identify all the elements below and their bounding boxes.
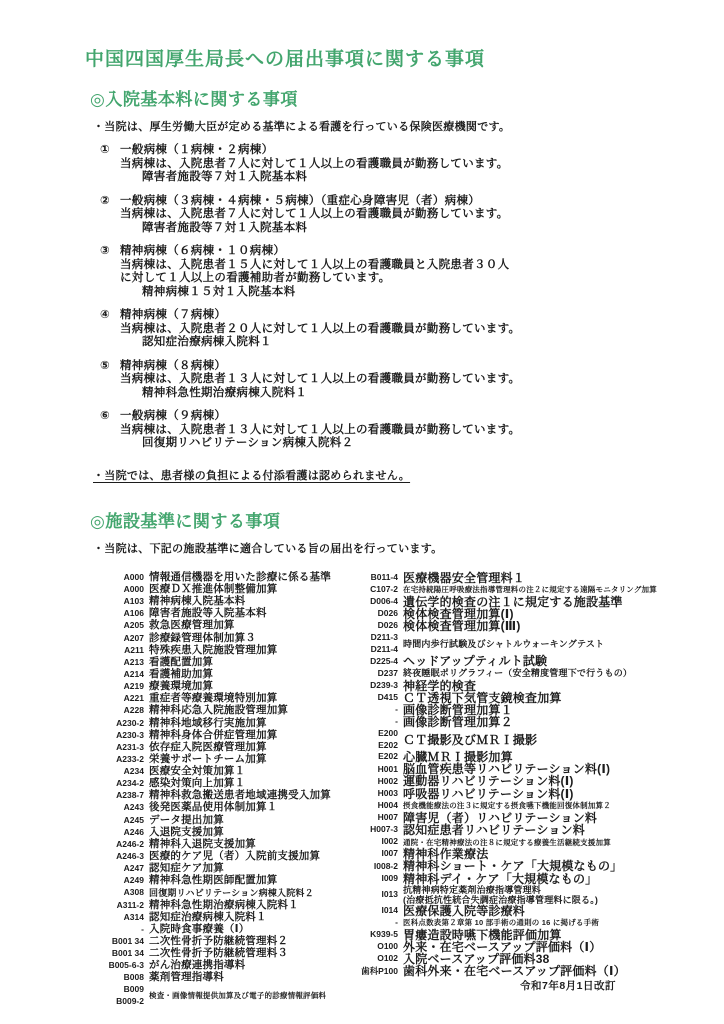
facility-label-line: 精神病棟入院基本料 xyxy=(149,596,245,608)
facility-code-line: A249 xyxy=(100,875,144,887)
ward-title-row: ③精神病棟（６病棟・１０病棟） xyxy=(100,245,686,259)
facility-label-line: 呼吸器リハビリテーション料(Ⅰ) xyxy=(403,788,574,800)
facility-label-line: 重症者等療養環境特別加算 xyxy=(149,693,277,705)
ward-title: 精神病棟（８病棟） xyxy=(120,360,226,374)
facility-label-line: 看護補助加算 xyxy=(149,669,213,681)
facility-row: H003呼吸器リハビリテーション料(Ⅰ) xyxy=(352,787,686,799)
facility-label: 在宅持続陽圧呼吸療法指導管理料の注２に規定する遠隔モニタリング加算 xyxy=(403,585,657,594)
facility-list-left-column: A000情報通信機器を用いた診療に係る基準A000医療ＤＸ推進体制整備加算A10… xyxy=(100,572,352,1008)
facility-label-line: 入院時食事療養（Ⅰ） xyxy=(149,924,249,936)
facility-label-line: 精神科ショート・ケア「大規模なもの」 xyxy=(403,860,622,872)
facility-code: A000 xyxy=(100,572,144,584)
facility-label: 精神病棟入院基本料 xyxy=(149,596,245,608)
facility-label: 画像診断管理加算２ xyxy=(403,716,513,728)
facility-code: H007-3 xyxy=(352,824,398,836)
ward-description-line: に対して１人以上の看護補助者が勤務しています。 xyxy=(120,272,686,286)
facility-row: A205救急医療管理加算 xyxy=(100,620,352,632)
facility-label: 栄養サポートチーム加算 xyxy=(149,754,267,766)
facility-code: D415 xyxy=(352,692,398,704)
inpatient-item: ⑥一般病棟（９病棟）当病棟は、入院患者１３人に対して１人以上の看護職員が勤務して… xyxy=(100,410,686,451)
facility-row: A000医療ＤＸ推進体制整備加算 xyxy=(100,584,352,596)
facility-label-line: 精神科地域移行実施加算 xyxy=(149,718,267,730)
facility-label-line: 認知症患者リハビリテーション料 xyxy=(403,824,585,836)
facility-label: 二次性骨折予防継続管理料２ xyxy=(149,936,288,948)
facility-label-line: 医療機器安全管理料１ xyxy=(403,572,525,584)
facility-code: A238-7 xyxy=(100,790,144,802)
facility-row: I013抗精神病特定薬剤治療指導管理料(治療抵抗性統合失調症治療指導管理料に限る… xyxy=(352,885,686,905)
page-title: 中国四国厚生局長への届出事項に関する事項 xyxy=(85,44,686,71)
facility-code-line: D211-3 xyxy=(352,632,398,644)
facility-label-line: 障害者施設等入院基本料 xyxy=(149,608,267,620)
facility-label-line: 医療保護入院等診療料 xyxy=(403,905,525,917)
facility-code-line: H002 xyxy=(352,776,398,788)
facility-code: I009 xyxy=(352,873,398,885)
facility-row: A245データ提出加算 xyxy=(100,814,352,826)
facility-code: A308 xyxy=(100,887,144,899)
facility-row: D237終夜睡眠ポリグラフィー（安全精度管理下で行うもの） xyxy=(352,667,686,679)
facility-label-line: 特殊疾患入院施設管理加算 xyxy=(149,645,277,657)
facility-label-line: 精神科応急入院施設管理加算 xyxy=(149,705,288,717)
facility-code: A103 xyxy=(100,596,144,608)
facility-label-line: 二次性骨折予防継続管理料３ xyxy=(149,948,288,960)
inpatient-items-list: ①一般病棟（１病棟・２病棟）当病棟は、入院患者７人に対して１人以上の看護職員が勤… xyxy=(100,144,686,451)
facility-label: 抗精神病特定薬剤治療指導管理料(治療抵抗性統合失調症治療指導管理料に限る。) xyxy=(403,885,598,905)
facility-code-line: B009-2 xyxy=(100,996,144,1008)
facility-code-line: - xyxy=(352,716,398,728)
facility-label-line: データ提出加算 xyxy=(149,815,224,827)
facility-code-line: A213 xyxy=(100,657,144,669)
facility-label: 重症者等療養環境特別加算 xyxy=(149,693,277,705)
facility-label: 入退院支援加算 xyxy=(149,827,224,839)
document-page: 中国四国厚生局長への届出事項に関する事項 ◎入院基本料に関する事項 ・当院は、厚… xyxy=(0,0,724,1024)
facility-label: 医療保護入院等診療料 xyxy=(403,905,525,917)
facility-code-line: O102 xyxy=(352,953,398,965)
facility-code-line: D211-4 xyxy=(352,644,398,656)
facility-label: 看護補助加算 xyxy=(149,669,213,681)
facility-label: 認知症治療病棟入院料１ xyxy=(149,912,267,924)
facility-code-line: A211 xyxy=(100,645,144,657)
facility-code: I013 xyxy=(352,889,398,901)
facility-section-heading: ◎施設基準に関する事項 xyxy=(90,507,686,532)
facility-code-line: 歯科P100 xyxy=(352,966,398,978)
facility-label-line: 運動器リハビリテーション料(Ⅰ) xyxy=(403,775,574,787)
facility-row: H004摂食機能療法の注３に規定する摂食嚥下機能回復体制加算２ xyxy=(352,800,686,812)
facility-code: A314 xyxy=(100,912,144,924)
facility-label: 精神科ショート・ケア「大規模なもの」 xyxy=(403,860,622,872)
facility-label: ＣＴ撮影及びＭＲＩ撮影 xyxy=(403,734,537,746)
facility-code-line: A233-2 xyxy=(100,754,144,766)
facility-label: データ提出加算 xyxy=(149,815,224,827)
ward-description-line: 当病棟は、入院患者１５人に対して１人以上の看護職員と入院患者３０人 xyxy=(120,259,686,273)
facility-code-line: A230-2 xyxy=(100,718,144,730)
facility-code-line: A246-2 xyxy=(100,839,144,851)
facility-code-line: A308 xyxy=(100,887,144,899)
facility-row: I014医療保護入院等診療料 xyxy=(352,905,686,917)
fee-name: 認知症治療病棟入院料１ xyxy=(142,336,686,350)
facility-code-line: D415 xyxy=(352,692,398,704)
facility-label: 精神科身体合併症管理加算 xyxy=(149,730,277,742)
facility-code-line: A314 xyxy=(100,912,144,924)
facility-label-line: 医療ＤＸ推進体制整備加算 xyxy=(149,584,277,596)
facility-label: 通院・在宅精神療法の注８に規定する療養生活継続支援加算 xyxy=(403,838,611,847)
facility-code: A233-2 xyxy=(100,754,144,766)
facility-code: B005-6-3 xyxy=(100,960,144,972)
facility-row: A308回復期リハビリテーション病棟入院料２ xyxy=(100,887,352,899)
facility-label-line: 精神科入退院支援加算 xyxy=(149,839,256,851)
inpatient-item: ⑤精神病棟（８病棟）当病棟は、入院患者１３人に対して１人以上の看護職員が勤務して… xyxy=(100,360,686,401)
item-number: ⑤ xyxy=(100,360,120,374)
facility-code-line: D006-4 xyxy=(352,596,398,608)
facility-code-line: A234-2 xyxy=(100,778,144,790)
facility-code: H007 xyxy=(352,812,398,824)
facility-code: A230-2 xyxy=(100,718,144,730)
facility-code: H003 xyxy=(352,788,398,800)
facility-code: D026 xyxy=(352,620,398,632)
facility-row: A249精神科急性期医師配置加算 xyxy=(100,875,352,887)
facility-label: 感染対策向上加算１ xyxy=(149,778,245,790)
ward-description-line: 当病棟は、入院患者１３人に対して１人以上の看護職員が勤務しています。 xyxy=(120,424,686,438)
facility-code-line: A230-3 xyxy=(100,730,144,742)
facility-row: -入院時食事療養（Ⅰ） xyxy=(100,924,352,936)
facility-label: 精神科地域移行実施加算 xyxy=(149,718,267,730)
facility-code: D225-4 xyxy=(352,656,398,668)
facility-section: ◎施設基準に関する事項 ・当院は、下記の施設基準に適合している旨の届出を行ってい… xyxy=(85,507,686,1008)
facility-label: ヘッドアップティルト試験 xyxy=(403,655,547,667)
facility-label: 認知症ケア加算 xyxy=(149,863,224,875)
facility-code-line: A246 xyxy=(100,827,144,839)
facility-label: 神経学的検査 xyxy=(403,680,476,692)
facility-code-line: C107-2 xyxy=(352,584,398,596)
facility-label-line: 画像診断管理加算２ xyxy=(403,716,513,728)
facility-label: 精神科急性期医師配置加算 xyxy=(149,875,277,887)
fee-name: 精神病棟１５対１入院基本料 xyxy=(142,286,686,300)
facility-code-line: A311-2 xyxy=(100,900,144,912)
facility-code: C107-2 xyxy=(352,584,398,596)
facility-code-line: I009 xyxy=(352,873,398,885)
facility-code: E202 xyxy=(352,751,398,763)
facility-code-line: B008 xyxy=(100,972,144,984)
facility-code-line: B011-4 xyxy=(352,572,398,584)
facility-code-line: A214 xyxy=(100,669,144,681)
facility-code: D006-4 xyxy=(352,596,398,608)
facility-code-line: D225-4 xyxy=(352,656,398,668)
facility-label-line: 精神科デイ・ケア「大規模なもの」 xyxy=(403,873,597,885)
inpatient-section: ◎入院基本料に関する事項 ・当院は、厚生労働大臣が定める基準による看護を行ってい… xyxy=(85,85,686,483)
facility-label: 医療的ケア児（者）入院前支援加算 xyxy=(149,851,320,863)
facility-code-line: H004 xyxy=(352,800,398,812)
facility-label-line: 入退院支援加算 xyxy=(149,827,224,839)
facility-code: A249 xyxy=(100,875,144,887)
facility-code: D237 xyxy=(352,668,398,680)
facility-code: A231-3 xyxy=(100,742,144,754)
facility-code-line: A205 xyxy=(100,620,144,632)
facility-code: O100 xyxy=(352,941,398,953)
facility-label-line: 医科点数表第２章第 10 部手術の通則の 16 に掲げる手術 xyxy=(403,918,599,927)
facility-label: 精神科急性期治療病棟入院料１ xyxy=(149,900,299,912)
inpatient-intro: ・当院は、厚生労働大臣が定める基準による看護を行っている保険医療機関です。 xyxy=(93,118,686,134)
facility-label-line: 薬剤管理指導料 xyxy=(149,972,224,984)
facility-row: A000情報通信機器を用いた診療に係る基準 xyxy=(100,572,352,584)
facility-code-line: I008-2 xyxy=(352,861,398,873)
facility-label: 精神科デイ・ケア「大規模なもの」 xyxy=(403,873,597,885)
facility-code-line: A228 xyxy=(100,705,144,717)
facility-code: A246-2 xyxy=(100,839,144,851)
facility-label-line: 摂食機能療法の注３に規定する摂食嚥下機能回復体制加算２ xyxy=(403,801,611,810)
facility-label-line: 感染対策向上加算１ xyxy=(149,778,245,790)
facility-label: 障害児（者）リハビリテーション料 xyxy=(403,812,597,824)
facility-label: 運動器リハビリテーション料(Ⅰ) xyxy=(403,775,574,787)
facility-label: 歯科外来・在宅ベースアップ評価料（Ⅰ） xyxy=(403,965,626,977)
facility-row: A228精神科応急入院施設管理加算 xyxy=(100,705,352,717)
item-number: ② xyxy=(100,195,120,209)
facility-row: E200E202ＣＴ撮影及びＭＲＩ撮影 xyxy=(352,728,686,751)
facility-label-line: 神経学的検査 xyxy=(403,680,476,692)
facility-label-line: 診療録管理体制加算３ xyxy=(149,633,256,645)
facility-row: A230-2精神科地域移行実施加算 xyxy=(100,717,352,729)
facility-code-line: D239-3 xyxy=(352,680,398,692)
facility-code: - xyxy=(352,716,398,728)
facility-label-line: 精神科身体合併症管理加算 xyxy=(149,730,277,742)
facility-code-line: A234 xyxy=(100,766,144,778)
facility-row: I008-2精神科ショート・ケア「大規模なもの」 xyxy=(352,860,686,872)
facility-row: D211-3D211-4時間内歩行試験及びシャトルウォーキングテスト xyxy=(352,632,686,655)
facility-code-line: A231-3 xyxy=(100,742,144,754)
facility-row: A246-3医療的ケア児（者）入院前支援加算 xyxy=(100,851,352,863)
facility-row: A314認知症治療病棟入院料１ xyxy=(100,911,352,923)
facility-code-line: D026 xyxy=(352,608,398,620)
facility-label-line: 検体検査管理加算(Ⅲ) xyxy=(403,620,521,632)
facility-code-line: A207 xyxy=(100,633,144,645)
facility-code: B008 xyxy=(100,972,144,984)
ward-title: 一般病棟（３病棟・４病棟・５病棟）（重症心身障害児（者）病棟） xyxy=(120,195,480,209)
inpatient-section-heading: ◎入院基本料に関する事項 xyxy=(90,85,686,110)
facility-row: A233-2栄養サポートチーム加算 xyxy=(100,754,352,766)
facility-label: 認知症患者リハビリテーション料 xyxy=(403,824,585,836)
facility-row: B008薬剤管理指導料 xyxy=(100,972,352,984)
facility-row: A211特殊疾患入院施設管理加算 xyxy=(100,644,352,656)
facility-code-line: - xyxy=(352,917,398,929)
facility-code-line: B005-6-3 xyxy=(100,960,144,972)
facility-label: 検体検査管理加算(Ⅲ) xyxy=(403,620,521,632)
facility-code: A214 xyxy=(100,669,144,681)
ward-title-row: ⑥一般病棟（９病棟） xyxy=(100,410,686,424)
inpatient-item: ①一般病棟（１病棟・２病棟）当病棟は、入院患者７人に対して１人以上の看護職員が勤… xyxy=(100,144,686,185)
facility-code: B009B009-2 xyxy=(100,984,144,1007)
revision-date: 令和7年8月1日改訂 xyxy=(520,978,616,993)
ward-description-line: 当病棟は、入院患者２０人に対して１人以上の看護職員が勤務しています。 xyxy=(120,323,686,337)
facility-label-line: 抗精神病特定薬剤治療指導管理料 xyxy=(403,885,598,895)
facility-code-line: A246-3 xyxy=(100,851,144,863)
facility-code: D239-3 xyxy=(352,680,398,692)
facility-code-line: H001 xyxy=(352,764,398,776)
facility-code-line: O100 xyxy=(352,941,398,953)
facility-label: 医療安全対策加算１ xyxy=(149,766,245,778)
facility-row: A231-3依存症入院医療管理加算 xyxy=(100,741,352,753)
facility-label: 精神科入退院支援加算 xyxy=(149,839,256,851)
facility-label-line: 通院・在宅精神療法の注８に規定する療養生活継続支援加算 xyxy=(403,838,611,847)
facility-code-line: B001 34 xyxy=(100,936,144,948)
fee-name: 精神科急性期治療病棟入院料１ xyxy=(142,387,686,401)
ward-title-row: ②一般病棟（３病棟・４病棟・５病棟）（重症心身障害児（者）病棟） xyxy=(100,195,686,209)
ward-description-line: 当病棟は、入院患者１３人に対して１人以上の看護職員が勤務しています。 xyxy=(120,373,686,387)
facility-code: - xyxy=(352,704,398,716)
facility-row: A246-2精神科入退院支援加算 xyxy=(100,839,352,851)
facility-row: B009B009-2検査・画像情報提供加算及び電子的診療情報評価料 xyxy=(100,984,352,1007)
facility-code-line: D237 xyxy=(352,668,398,680)
facility-code: A000 xyxy=(100,584,144,596)
facility-label: 医療機器安全管理料１ xyxy=(403,572,525,584)
facility-label-line: 在宅持続陽圧呼吸療法指導管理料の注２に規定する遠隔モニタリング加算 xyxy=(403,585,657,594)
facility-code: A246-3 xyxy=(100,851,144,863)
facility-code-line: - xyxy=(352,704,398,716)
facility-label: 精神科応急入院施設管理加算 xyxy=(149,705,288,717)
facility-code: B001 34 xyxy=(100,948,144,960)
ward-title-row: ①一般病棟（１病棟・２病棟） xyxy=(100,144,686,158)
document-content: 中国四国厚生局長への届出事項に関する事項 ◎入院基本料に関する事項 ・当院は、厚… xyxy=(0,0,724,1007)
item-number: ⑥ xyxy=(100,410,120,424)
facility-label: 終夜睡眠ポリグラフィー（安全精度管理下で行うもの） xyxy=(403,668,632,678)
facility-label: 検査・画像情報提供加算及び電子的診療情報評価料 xyxy=(149,991,326,1000)
facility-label: 時間内歩行試験及びシャトルウォーキングテスト xyxy=(403,639,604,649)
ward-title-row: ④精神病棟（７病棟） xyxy=(100,309,686,323)
facility-label: 看護配置加算 xyxy=(149,657,213,669)
facility-code-line: K939-5 xyxy=(352,929,398,941)
facility-label: ＣＴ透視下気管支鏡検査加算 xyxy=(403,692,562,704)
facility-row: A207診療録管理体制加算３ xyxy=(100,632,352,644)
facility-code-line: I007 xyxy=(352,848,398,860)
facility-label: 後発医薬品使用体制加算１ xyxy=(149,802,277,814)
facility-label-line: 認知症ケア加算 xyxy=(149,863,224,875)
facility-code-line: H007-3 xyxy=(352,824,398,836)
facility-row: A230-3精神科身体合併症管理加算 xyxy=(100,729,352,741)
facility-code: A205 xyxy=(100,620,144,632)
facility-label-line: 回復期リハビリテーション病棟入院料２ xyxy=(149,888,314,898)
facility-code: H002 xyxy=(352,776,398,788)
facility-code: K939-5 xyxy=(352,929,398,941)
fee-name: 回復期リハビリテーション病棟入院料２ xyxy=(142,437,686,451)
facility-code-line: A247 xyxy=(100,863,144,875)
item-number: ④ xyxy=(100,309,120,323)
facility-code-line: A000 xyxy=(100,572,144,584)
facility-row: C107-2在宅持続陽圧呼吸療法指導管理料の注２に規定する遠隔モニタリング加算 xyxy=(352,584,686,596)
facility-code-line: A106 xyxy=(100,608,144,620)
facility-code: A211 xyxy=(100,645,144,657)
facility-row: B011-4医療機器安全管理料１ xyxy=(352,572,686,584)
facility-label: 摂食機能療法の注３に規定する摂食嚥下機能回復体制加算２ xyxy=(403,801,611,810)
facility-code: A213 xyxy=(100,657,144,669)
facility-code: A234-2 xyxy=(100,778,144,790)
facility-code-line: A221 xyxy=(100,693,144,705)
facility-code-line: A243 xyxy=(100,802,144,814)
facility-label-line: 認知症治療病棟入院料１ xyxy=(149,912,267,924)
facility-code: E200E202 xyxy=(352,728,398,751)
facility-label-line: 後発医薬品使用体制加算１ xyxy=(149,802,277,814)
facility-row: H002運動器リハビリテーション料(Ⅰ) xyxy=(352,775,686,787)
facility-label: 薬剤管理指導料 xyxy=(149,972,224,984)
ward-description-line: 当病棟は、入院患者７人に対して１人以上の看護職員が勤務しています。 xyxy=(120,158,686,172)
facility-label-line: 時間内歩行試験及びシャトルウォーキングテスト xyxy=(403,639,604,649)
facility-row: D026検体検査管理加算(Ⅲ) xyxy=(352,620,686,632)
facility-label: 診療録管理体制加算３ xyxy=(149,633,256,645)
facility-label: 障害者施設等入院基本料 xyxy=(149,608,267,620)
fee-name: 障害者施設等７対１入院基本料 xyxy=(142,171,686,185)
inpatient-item: ④精神病棟（７病棟）当病棟は、入院患者２０人に対して１人以上の看護職員が勤務して… xyxy=(100,309,686,350)
facility-label-line: 検査・画像情報提供加算及び電子的診療情報評価料 xyxy=(149,991,326,1000)
facility-label: 情報通信機器を用いた診療に係る基準 xyxy=(149,572,331,584)
ward-title: 精神病棟（７病棟） xyxy=(120,309,226,323)
facility-label: 二次性骨折予防継続管理料３ xyxy=(149,948,288,960)
facility-label-line: 障害児（者）リハビリテーション料 xyxy=(403,812,597,824)
facility-row: I009精神科デイ・ケア「大規模なもの」 xyxy=(352,872,686,884)
facility-code-line: A238-7 xyxy=(100,790,144,802)
facility-code: D211-3D211-4 xyxy=(352,632,398,655)
facility-code: A247 xyxy=(100,863,144,875)
inpatient-item: ②一般病棟（３病棟・４病棟・５病棟）（重症心身障害児（者）病棟）当病棟は、入院患… xyxy=(100,195,686,236)
facility-row: D415ＣＴ透視下気管支鏡検査加算 xyxy=(352,692,686,704)
facility-code-line: E200 xyxy=(352,728,398,740)
facility-code-line: H003 xyxy=(352,788,398,800)
facility-code-line: B009 xyxy=(100,984,144,996)
facility-code: I014 xyxy=(352,905,398,917)
facility-code-line: - xyxy=(100,924,144,936)
facility-code: A246 xyxy=(100,827,144,839)
facility-label-line: 医療的ケア児（者）入院前支援加算 xyxy=(149,851,320,863)
no-attendant-care-note: ・当院では、患者様の負担による付添看護は認められません。 xyxy=(93,467,686,483)
facility-label: 入院時食事療養（Ⅰ） xyxy=(149,924,249,936)
item-number: ③ xyxy=(100,245,120,259)
facility-code: I008-2 xyxy=(352,861,398,873)
facility-code: 歯科P100 xyxy=(352,966,398,978)
facility-label-line: 救急医療管理加算 xyxy=(149,620,235,632)
facility-label-line: 二次性骨折予防継続管理料２ xyxy=(149,936,288,948)
facility-label: 医科点数表第２章第 10 部手術の通則の 16 に掲げる手術 xyxy=(403,918,599,927)
facility-code-line: E202 xyxy=(352,751,398,763)
facility-row: D225-4ヘッドアップティルト試験 xyxy=(352,655,686,667)
facility-label: 療養環境加算 xyxy=(149,681,213,693)
facility-label-line: 情報通信機器を用いた診療に係る基準 xyxy=(149,572,331,584)
facility-code-line: E202 xyxy=(352,740,398,752)
facility-label-line: 看護配置加算 xyxy=(149,657,213,669)
facility-label: 特殊疾患入院施設管理加算 xyxy=(149,645,277,657)
facility-code: A243 xyxy=(100,802,144,814)
facility-label-line: 精神科急性期医師配置加算 xyxy=(149,875,277,887)
fee-name: 障害者施設等７対１入院基本料 xyxy=(142,222,686,236)
facility-label-line: 栄養サポートチーム加算 xyxy=(149,754,267,766)
facility-code: B001 34 xyxy=(100,936,144,948)
facility-code: O102 xyxy=(352,953,398,965)
facility-code-line: H007 xyxy=(352,812,398,824)
facility-row: B005-6-3がん治療連携指導料 xyxy=(100,960,352,972)
facility-code: I002 xyxy=(352,836,398,848)
facility-code-line: A000 xyxy=(100,584,144,596)
facility-label-line: 医療安全対策加算１ xyxy=(149,766,245,778)
inpatient-item: ③精神病棟（６病棟・１０病棟）当病棟は、入院患者１５人に対して１人以上の看護職員… xyxy=(100,245,686,299)
facility-label-line: 依存症入院医療管理加算 xyxy=(149,742,267,754)
facility-code-line: D026 xyxy=(352,620,398,632)
facility-code-line: I014 xyxy=(352,905,398,917)
facility-row: A311-2精神科急性期治療病棟入院料１ xyxy=(100,899,352,911)
item-number: ① xyxy=(100,144,120,158)
facility-code-line: A219 xyxy=(100,681,144,693)
facility-code: H001 xyxy=(352,764,398,776)
facility-code-line: A103 xyxy=(100,596,144,608)
facility-code: B011-4 xyxy=(352,572,398,584)
facility-code: - xyxy=(100,924,144,936)
facility-label-line: 終夜睡眠ポリグラフィー（安全精度管理下で行うもの） xyxy=(403,668,632,678)
facility-row: A214看護補助加算 xyxy=(100,669,352,681)
facility-code: A311-2 xyxy=(100,900,144,912)
facility-code: A234 xyxy=(100,766,144,778)
